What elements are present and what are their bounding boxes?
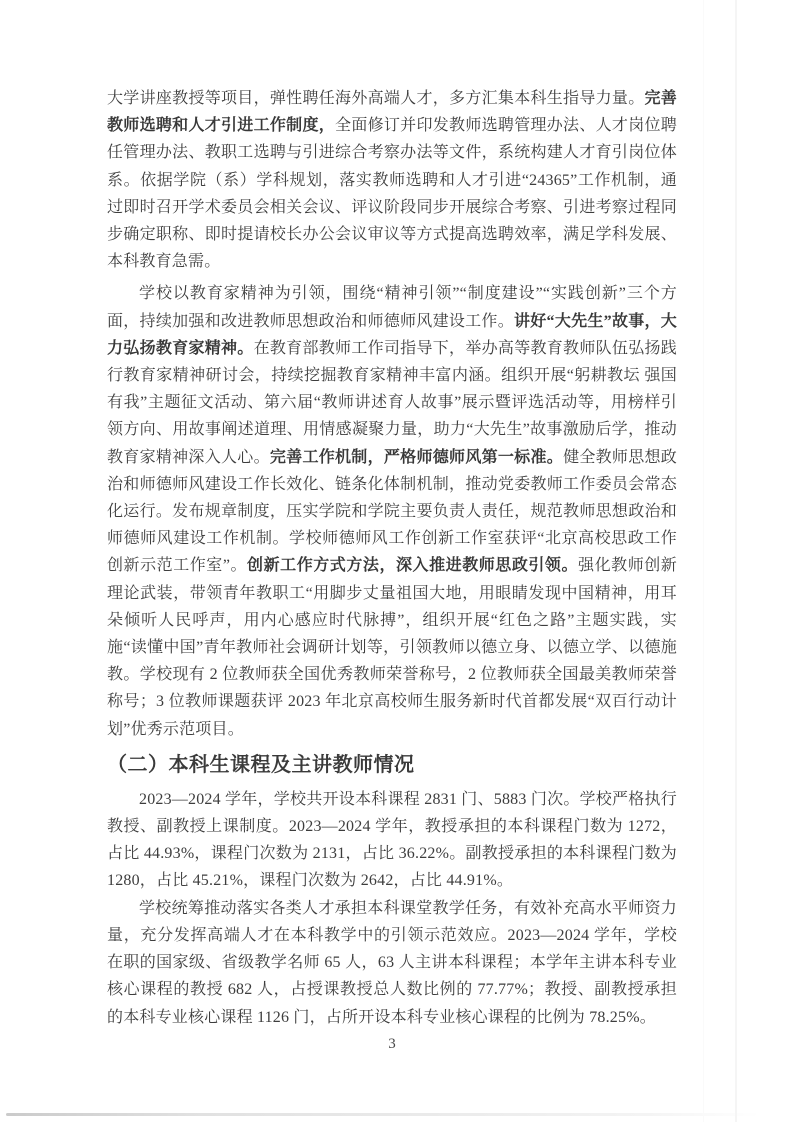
text-run: 全面修订并印发教师选聘管理办法、人才岗位聘任管理办法、教职工选聘与引进综合考察办… xyxy=(107,117,677,270)
paragraph-2: 学校以教育家精神为引领，围绕“精神引领”“制度建设”“实践创新”三个方面，持续加… xyxy=(107,280,677,742)
paragraph-1: 大学讲座教授等项目，弹性聘任海外高端人才，多方汇集本科生指导力量。完善教师选聘和… xyxy=(107,85,677,275)
bold-text-run: 完善工作机制，严格师德师风第一标准。 xyxy=(270,449,563,466)
section-heading: （二）本科生课程及主讲教师情况 xyxy=(107,750,677,780)
document-page: 大学讲座教授等项目，弹性聘任海外高端人才，多方汇集本科生指导力量。完善教师选聘和… xyxy=(0,0,794,1122)
text-run: 大学讲座教授等项目，弹性聘任海外高端人才，多方汇集本科生指导力量。 xyxy=(107,90,645,107)
text-run: 健全教师思想政治和师德师风建设工作长效化、链条化体制机制，推动党委教师工作委员会… xyxy=(107,449,677,575)
scan-artifact-vertical-line xyxy=(703,0,704,1122)
text-run: 2023—2024 学年，学校共开设本科课程 2831 门、5883 门次。学校… xyxy=(107,791,677,890)
bold-text-run: 创新工作方式方法，深入推进教师思政引领。 xyxy=(247,557,578,574)
scan-artifact-bottom-edge xyxy=(6,1113,760,1116)
text-block: 大学讲座教授等项目，弹性聘任海外高端人才，多方汇集本科生指导力量。完善教师选聘和… xyxy=(107,85,677,1031)
paragraph-3: 2023—2024 学年，学校共开设本科课程 2831 门、5883 门次。学校… xyxy=(107,786,677,895)
text-run: 学校统筹推动落实各类人才承担本科课堂教学任务，有效补充高水平师资力量，充分发挥高… xyxy=(107,900,677,1026)
text-run: 在教育部教师工作司指导下，举办高等教育教师队伍弘扬践行教育家精神研讨会，持续挖掘… xyxy=(107,340,677,466)
text-run: 强化教师创新理论武装，带领青年教职工“用脚步丈量祖国大地，用眼睛发现中国精神，用… xyxy=(107,557,677,737)
page-number: 3 xyxy=(5,1034,779,1054)
paragraph-4: 学校统筹推动落实各类人才承担本科课堂教学任务，有效补充高水平师资力量，充分发挥高… xyxy=(107,895,677,1031)
scan-artifact-vertical-line xyxy=(735,0,737,1122)
